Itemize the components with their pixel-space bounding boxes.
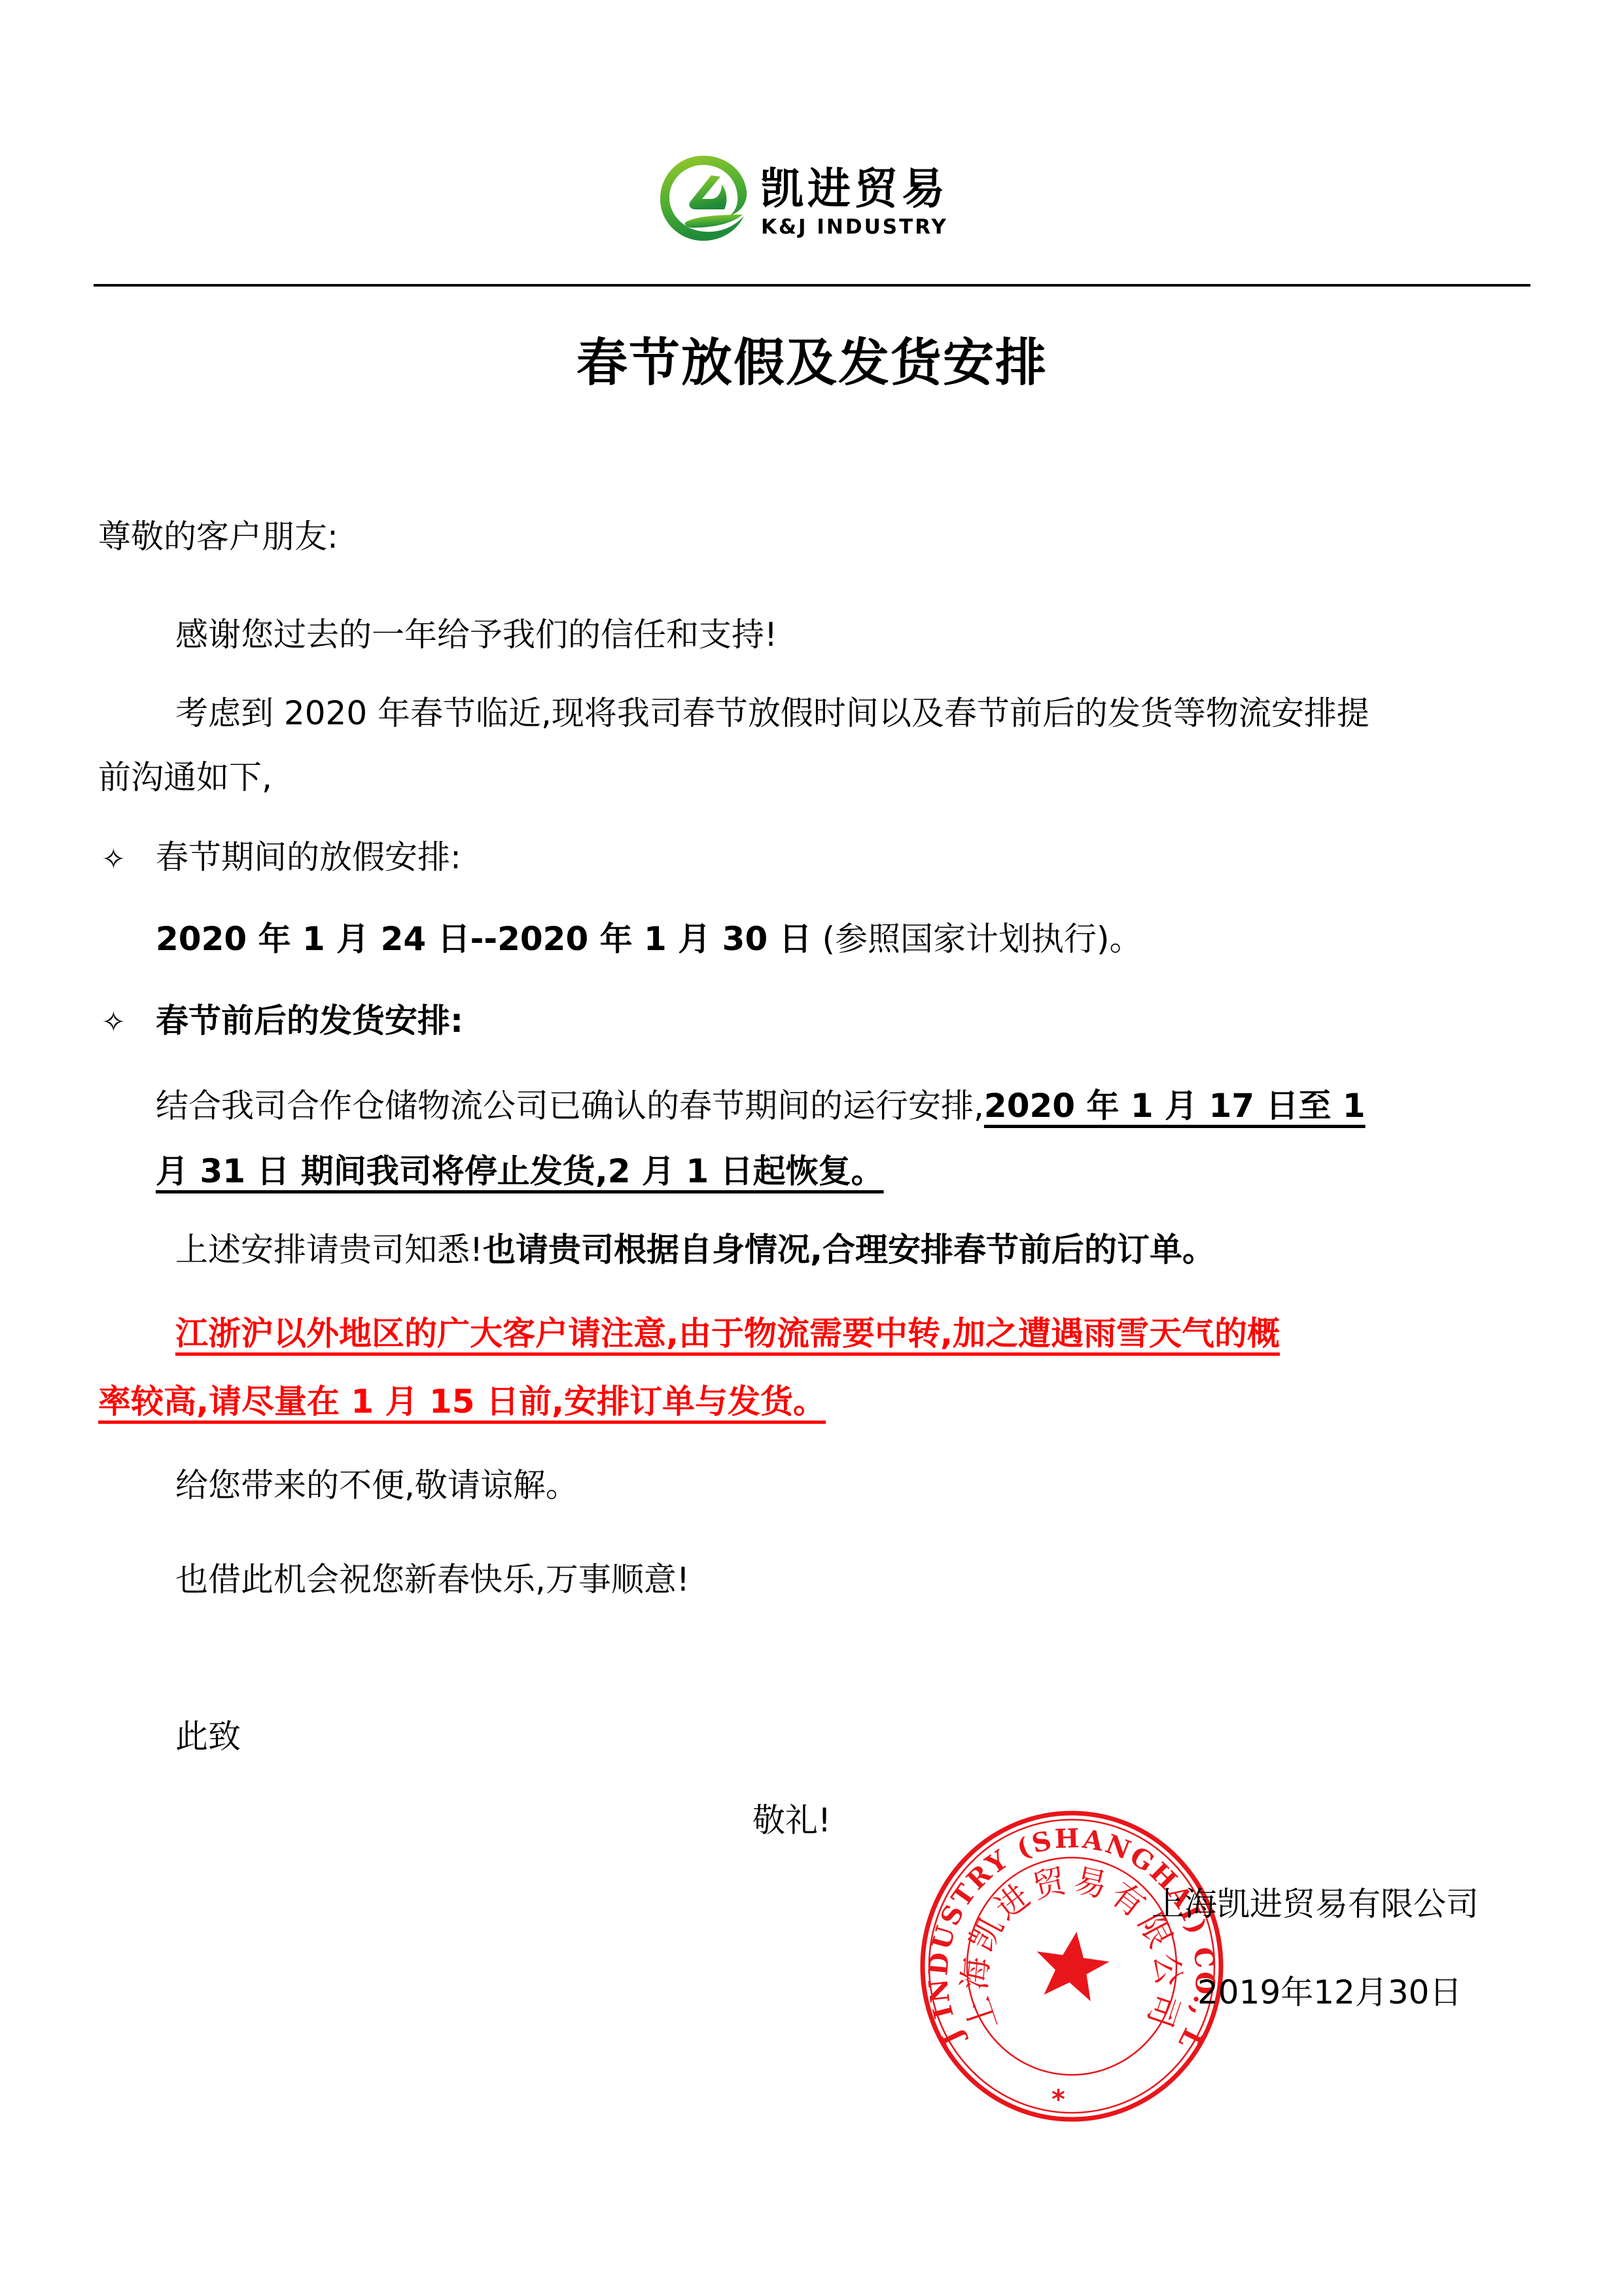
red-star-icon	[1031, 1927, 1113, 2004]
intro-line-1: 考虑到 2020 年春节临近,现将我司春节放假时间以及春节前后的发货等物流安排提	[175, 694, 1369, 733]
notice-bold: 也请贵司根据自身情况,合理安排春节前后的订单。	[483, 1231, 1215, 1269]
shipping-line-1: 结合我司合作仓储物流公司已确认的春节期间的运行安排,2020 年 1 月 17 …	[156, 1086, 1366, 1125]
stamp-asterisk: *	[1051, 2085, 1065, 2115]
salutation-1: 此致	[175, 1717, 241, 1756]
diamond-star-bullet-icon: ✧	[101, 1003, 126, 1042]
holiday-dates: 2020 年 1 月 24 日--2020 年 1 月 30 日 (参照国家计划…	[156, 919, 1142, 959]
notice-normal: 上述安排请贵司知悉!	[175, 1231, 483, 1269]
logo-name-en: K&J INDUSTRY	[761, 217, 948, 238]
header-divider	[94, 284, 1530, 287]
kj-logo-icon	[656, 152, 751, 245]
warning-line-1: 江浙沪以外地区的广大客户请注意,由于物流需要中转,加之遭遇雨雪天气的概	[175, 1314, 1280, 1353]
section-heading: 春节期间的放假安排:	[156, 838, 461, 877]
salutation-2: 敬礼!	[752, 1801, 831, 1840]
greeting: 尊敬的客户朋友:	[98, 517, 338, 556]
shipping-line-2: 月 31 日 期间我司将停止发货,2 月 1 日起恢复。	[156, 1152, 884, 1191]
apology: 给您带来的不便,敬请谅解。	[175, 1466, 578, 1505]
company-seal-stamp: K&J INDUSTRY (SHANGHAI) CO., LTD 上海凯进贸易有…	[916, 1807, 1227, 2125]
wishes: 也借此机会祝您新春快乐,万事顺意!	[175, 1560, 690, 1599]
logo-name-cn: 凯进贸易	[760, 168, 949, 211]
signature-date: 2019年12月30日	[1197, 1973, 1462, 2012]
page-title: 春节放假及发货安排	[0, 322, 1624, 395]
holiday-note: (参照国家计划执行)。	[822, 920, 1142, 958]
notice-paragraph: 上述安排请贵司知悉!也请贵司根据自身情况,合理安排春节前后的订单。	[175, 1230, 1215, 1269]
shipping-context: 结合我司合作仓储物流公司已确认的春节期间的运行安排,	[156, 1087, 984, 1125]
intro-line-2: 前沟通如下,	[98, 758, 272, 797]
thanks-paragraph: 感谢您过去的一年给予我们的信任和支持!	[175, 615, 777, 654]
section-heading: 春节前后的发货安排:	[156, 1001, 463, 1040]
holiday-date-range: 2020 年 1 月 24 日--2020 年 1 月 30 日	[156, 920, 812, 958]
diamond-star-bullet-icon: ✧	[101, 840, 126, 879]
signature-company: 上海凯进贸易有限公司	[1152, 1884, 1479, 1924]
warning-line-2: 率较高,请尽量在 1 月 15 日前,安排订单与发货。	[98, 1382, 826, 1421]
shipping-stop-dates: 2020 年 1 月 17 日至 1	[984, 1087, 1366, 1125]
